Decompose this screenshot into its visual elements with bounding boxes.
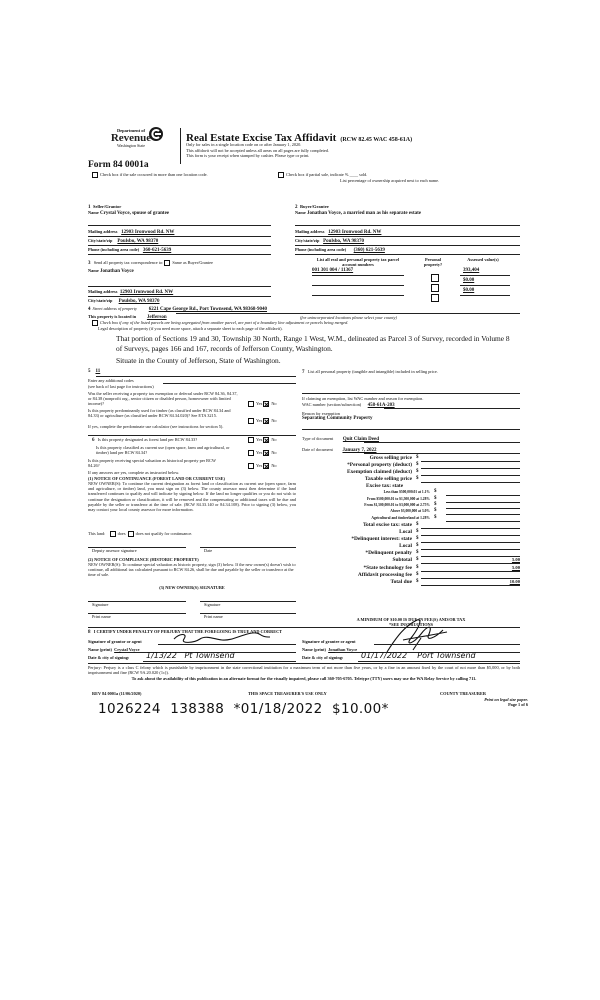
legal-description: That portion of Sections 19 and 30, Town…: [116, 334, 516, 353]
correspondence-mailing-row: Mailing address 12903 Ironwood Rd. NW: [88, 289, 271, 296]
section6-q1-answer[interactable]: Yes No: [248, 437, 277, 443]
bracket-label: Agricultural and timberland at 1.28%: [302, 516, 430, 520]
header-note-3: This form is your receipt when stamped b…: [186, 153, 309, 158]
bracket-label: Less than $500,000.01 at 1.1%: [302, 490, 430, 494]
header-note-1: Only for sales in a single location code…: [186, 142, 301, 147]
grantor-date-label: Date & city of signing:: [88, 655, 129, 660]
print-name-label-2: Print name: [204, 614, 223, 619]
does-not-checkbox[interactable]: [128, 531, 134, 537]
buyer-phone[interactable]: (360) 621-5639: [354, 248, 385, 253]
section5-q1: Was the seller receiving a property tax …: [88, 391, 238, 407]
seller-city-row: City/state/zip Poulsbo, WA 98370: [88, 238, 271, 245]
assessed-value[interactable]: $0.00: [463, 278, 474, 284]
same-as-buyer-checkbox[interactable]: [164, 260, 170, 266]
no-checkbox[interactable]: [263, 401, 269, 407]
no-checkbox[interactable]: [263, 437, 269, 443]
revenue-logo-icon: [148, 126, 164, 142]
header-divider: [180, 128, 181, 164]
seller-mailing-row: Mailing address 12903 Ironwood Rd. NW: [88, 229, 271, 236]
assessed-value[interactable]: 393,404: [463, 268, 479, 274]
bracket-label: Above $3,000,000 at 3.0%: [302, 509, 430, 513]
section6-q3-answer[interactable]: Yes No: [248, 463, 277, 469]
section5-q2-note: If yes, complete the predominate use cal…: [88, 424, 288, 429]
buyer-mailing[interactable]: 12903 Ironwood Rd. NW: [328, 230, 381, 235]
multi-location-checkbox[interactable]: [92, 172, 98, 178]
does-checkbox[interactable]: [110, 531, 116, 537]
yes-checkbox[interactable]: [248, 401, 254, 407]
buyer-phone-row: Phone (including area code) (360) 621-56…: [295, 247, 385, 254]
buyer-divider: [295, 225, 520, 226]
section6-q2: Is this property classified as current u…: [96, 445, 236, 455]
land-qualify-row: This land: does does not qualify for con…: [88, 531, 192, 537]
bracket-label: From $500,000.01 to $1,500,000 at 1.28%: [302, 497, 430, 501]
buyer-city[interactable]: Poulsbo, WA 98370: [323, 239, 364, 244]
seller-name-row: Name Crystal Voyce, spouse of grantee: [88, 210, 169, 217]
correspondence-name-row: Name Jonathan Voyce: [88, 268, 134, 275]
seller-phone[interactable]: 360-621-5639: [143, 248, 171, 253]
partial-sale-checkbox[interactable]: [278, 172, 284, 178]
tax-row-value[interactable]: 5.00: [422, 557, 520, 562]
location-code[interactable]: 11: [96, 369, 101, 374]
excise-state-heading: Excise tax: state: [366, 483, 403, 489]
seller-phone-row: Phone (including area code) 360-621-5639: [88, 247, 271, 254]
notice1-text: NEW OWNER(S): To continue the current de…: [88, 481, 296, 512]
seller-mailing[interactable]: 12903 Ironwood Rd. NW: [121, 230, 174, 235]
yes-checkbox[interactable]: [248, 437, 254, 443]
grantee-signature-label: Signature of grantee or agent: [302, 639, 356, 644]
dor-logo: Department of Revenue Washington State: [96, 128, 166, 148]
header-note-2: This affidavit will not be accepted unle…: [186, 148, 329, 153]
yes-checkbox[interactable]: [248, 450, 254, 456]
exemption-reason[interactable]: Separating Community Property: [302, 416, 372, 422]
street-row: 4 Street address of property 6221 Cape G…: [88, 306, 267, 313]
yes-checkbox[interactable]: [248, 463, 254, 469]
revision-number: REV 84 0001a (11/06/2020): [92, 691, 141, 696]
perjury-notice: Perjury: Perjury is a class C felony whi…: [88, 665, 520, 675]
deputy-signature-label: Deputy assessor signature: [92, 548, 137, 553]
tax-row-label: Gross selling price: [302, 455, 412, 461]
tax-row-label: *Delinquent interest: state: [302, 536, 412, 542]
correspondence-heading: 3 Send all property tax correspondence t…: [88, 260, 213, 266]
buyer-mailing-row: Mailing address 12903 Ironwood Rd. NW: [295, 229, 381, 236]
personal-property-checkbox[interactable]: [431, 289, 441, 307]
tax-row-label: *Personal property (deduct): [302, 462, 412, 468]
tax-row-value[interactable]: 5.00: [422, 565, 520, 570]
grantee-date-city[interactable]: 01/17/2022 Port Townsend: [361, 651, 476, 660]
tax-row-label: *State technology fee: [302, 565, 412, 571]
correspondence-name[interactable]: Jonathan Voyce: [100, 269, 134, 274]
page-number: Page 1 of 6: [418, 702, 528, 707]
tax-row-label: Affidavit processing fee: [302, 572, 412, 578]
tax-row-label: *Delinquent penalty: [302, 550, 412, 556]
signature-label-1: Signature: [92, 602, 108, 607]
section5-q1-answer[interactable]: Yes No: [248, 401, 277, 407]
multi-location-check-row: Check box if the sale occurred in more t…: [92, 172, 208, 178]
grantor-date-city[interactable]: 1/13/22 Pt Townsend: [146, 651, 235, 660]
additional-codes-label: Enter any additional codes: [88, 378, 134, 383]
additional-codes-field[interactable]: [163, 383, 296, 384]
section6-q3: Is this property receiving special valua…: [88, 458, 228, 468]
buyer-name[interactable]: Jonathan Voyce, a married man as his sep…: [307, 211, 421, 216]
tax-row-label: Subtotal: [302, 557, 412, 563]
no-checkbox[interactable]: [263, 450, 269, 456]
tax-row-label: Local: [302, 543, 412, 549]
correspondence-city[interactable]: Poulsbo, WA 98370: [119, 299, 160, 304]
deputy-date-label: Date: [204, 548, 212, 553]
print-name-label-1: Print name: [92, 614, 111, 619]
new-owner-signature-heading: (3) NEW OWNER(S) SIGNATURE: [88, 585, 296, 590]
grantor-signature[interactable]: [170, 631, 280, 645]
personal-property-field[interactable]: [302, 393, 520, 394]
section7-personal-label: 7 List all personal property (tangible a…: [302, 369, 507, 375]
treasurer-stamp: 1026224 138388 *01/18/2022 $10.00*: [98, 701, 389, 717]
exemption-label: If claiming an exemption, list WAC numbe…: [302, 396, 423, 401]
tax-row-label: Exemption claimed (deduct): [302, 469, 412, 475]
dept-line3: Washington State: [96, 143, 166, 148]
additional-codes-note: (see back of last page for instructions): [88, 384, 154, 389]
parcels-col-value: Assessed value(s): [458, 257, 508, 262]
section6-q2-answer[interactable]: Yes No: [248, 450, 277, 456]
property-street[interactable]: 6221 Cape George Rd., Port Townsend, WA …: [149, 307, 267, 312]
parcel-number[interactable]: 001 301 004 / 11367: [312, 268, 404, 274]
situate-text: Situate in the County of Jefferson, Stat…: [116, 356, 281, 365]
assessed-value[interactable]: $0.00: [463, 288, 474, 294]
notice2-text: NEW OWNER(S): To continue special valuat…: [88, 562, 296, 578]
county-treasurer-label: COUNTY TREASURER: [440, 691, 486, 696]
accessibility-notice: To ask about the availability of this pu…: [108, 676, 500, 681]
grantee-date-label: Date & city of signing:: [302, 655, 343, 660]
correspondence-city-row: City/state/zip Poulsbo, WA 98370: [88, 298, 271, 305]
seller-city[interactable]: Poulsbo, WA 98370: [117, 239, 158, 244]
section5-code-row: 5 11: [88, 369, 100, 375]
form-title-ref: (RCW 82.45 WAC 458-61A): [340, 137, 412, 143]
tax-row-label: Total excise tax: state: [302, 522, 412, 528]
wac-row: WAC number (section/subsection) 458-61A-…: [302, 402, 395, 409]
bracket-label: From $1,500,000.01 to $3,000,000 at 2.75…: [302, 503, 430, 507]
no-checkbox[interactable]: [263, 463, 269, 469]
partial-sale-label: Check box if partial sale, indicate % __…: [286, 172, 367, 177]
multi-location-label: Check box if the sale occurred in more t…: [100, 172, 208, 177]
grantee-signature[interactable]: [383, 616, 453, 656]
tax-row-value[interactable]: 10.00: [422, 579, 520, 584]
grantor-signature-label: Signature of grantor or agent: [88, 639, 142, 644]
form-number: Form 84 0001a: [88, 160, 149, 170]
buyer-city-row: City/state/zip Poulsbo, WA 98370: [295, 238, 364, 245]
correspondence-mailing[interactable]: 12903 Ironwood Rd. NW: [120, 290, 173, 295]
parcels-col-number: List all real and personal property tax …: [312, 257, 404, 267]
section6-q1-row: 6 Is this property designated as forest …: [92, 437, 197, 443]
section6-instructions: If any answers are yes, complete as inst…: [88, 470, 179, 475]
seller-divider: [88, 225, 271, 226]
parcels-col-personal: Personal property?: [418, 257, 448, 267]
tax-row-label: Taxable selling price: [302, 476, 412, 482]
seller-name[interactable]: Crystal Voyce, spouse of grantee: [100, 211, 169, 216]
partial-note: List percentage of ownership acquired ne…: [340, 178, 439, 183]
treasurer-use-label: THIS SPACE TREASURER'S USE ONLY: [248, 691, 327, 696]
tax-row-label: Total due: [302, 579, 412, 585]
signature-label-2: Signature: [204, 602, 220, 607]
legal-label: Legal description of property (if you ne…: [98, 326, 283, 331]
tax-row-label: Local: [302, 529, 412, 535]
section5-q2: Is this property predominantly used for …: [88, 408, 238, 418]
buyer-name-row: Name Jonathan Voyce, a married man as hi…: [295, 210, 421, 217]
